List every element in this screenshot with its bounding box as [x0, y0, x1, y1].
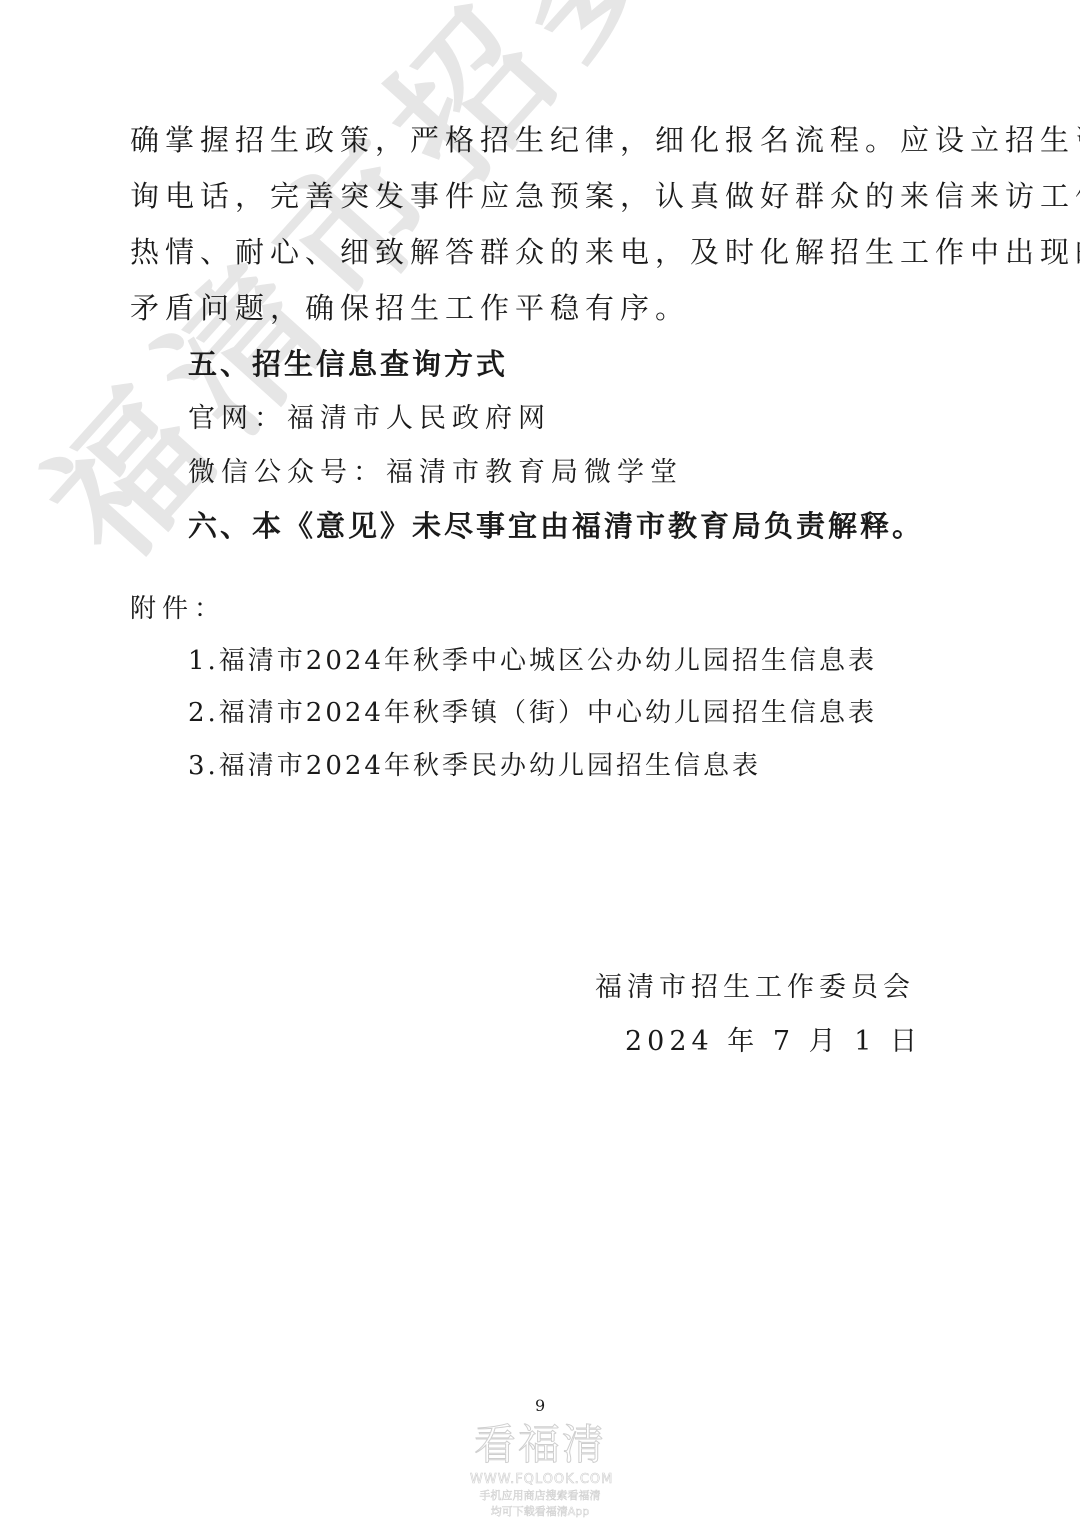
logo-line1: 手机应用商店搜索看福清: [470, 1487, 610, 1503]
logo-url: WWW.FQLOOK.COM: [470, 1472, 610, 1487]
wechat-line: 微信公众号：福清市教育局微学堂: [188, 450, 683, 489]
section-heading-5: 五、招生信息查询方式: [188, 342, 508, 383]
logo-name: 看福清: [470, 1412, 610, 1472]
signature-organization: 福清市招生工作委员会: [595, 965, 915, 1004]
attachments-label: 附件：: [130, 588, 226, 625]
logo-line2: 均可下载看福清App: [470, 1503, 610, 1519]
paragraph-line: 确掌握招生政策，严格招生纪律，细化报名流程。应设立招生咨: [130, 118, 1080, 159]
paragraph-line: 热情、耐心、细致解答群众的来电，及时化解招生工作中出现的: [130, 230, 1080, 271]
attachment-item: 1.福清市2024年秋季中心城区公办幼儿园招生信息表: [188, 640, 877, 677]
website-line: 官网：福清市人民政府网: [188, 396, 551, 435]
attachment-item: 3.福清市2024年秋季民办幼儿园招生信息表: [188, 745, 761, 782]
paragraph-line: 询电话，完善突发事件应急预案，认真做好群众的来信来访工作，: [130, 174, 1080, 215]
footer-logo: 看福清 WWW.FQLOOK.COM 手机应用商店搜索看福清 均可下载看福清Ap…: [470, 1412, 610, 1519]
section-heading-6: 六、本《意见》未尽事宜由福清市教育局负责解释。: [188, 504, 924, 545]
paragraph-line: 矛盾问题，确保招生工作平稳有序。: [130, 286, 690, 327]
attachment-item: 2.福清市2024年秋季镇（街）中心幼儿园招生信息表: [188, 692, 877, 729]
signature-date: 2024 年 7 月 1 日: [625, 1019, 922, 1058]
